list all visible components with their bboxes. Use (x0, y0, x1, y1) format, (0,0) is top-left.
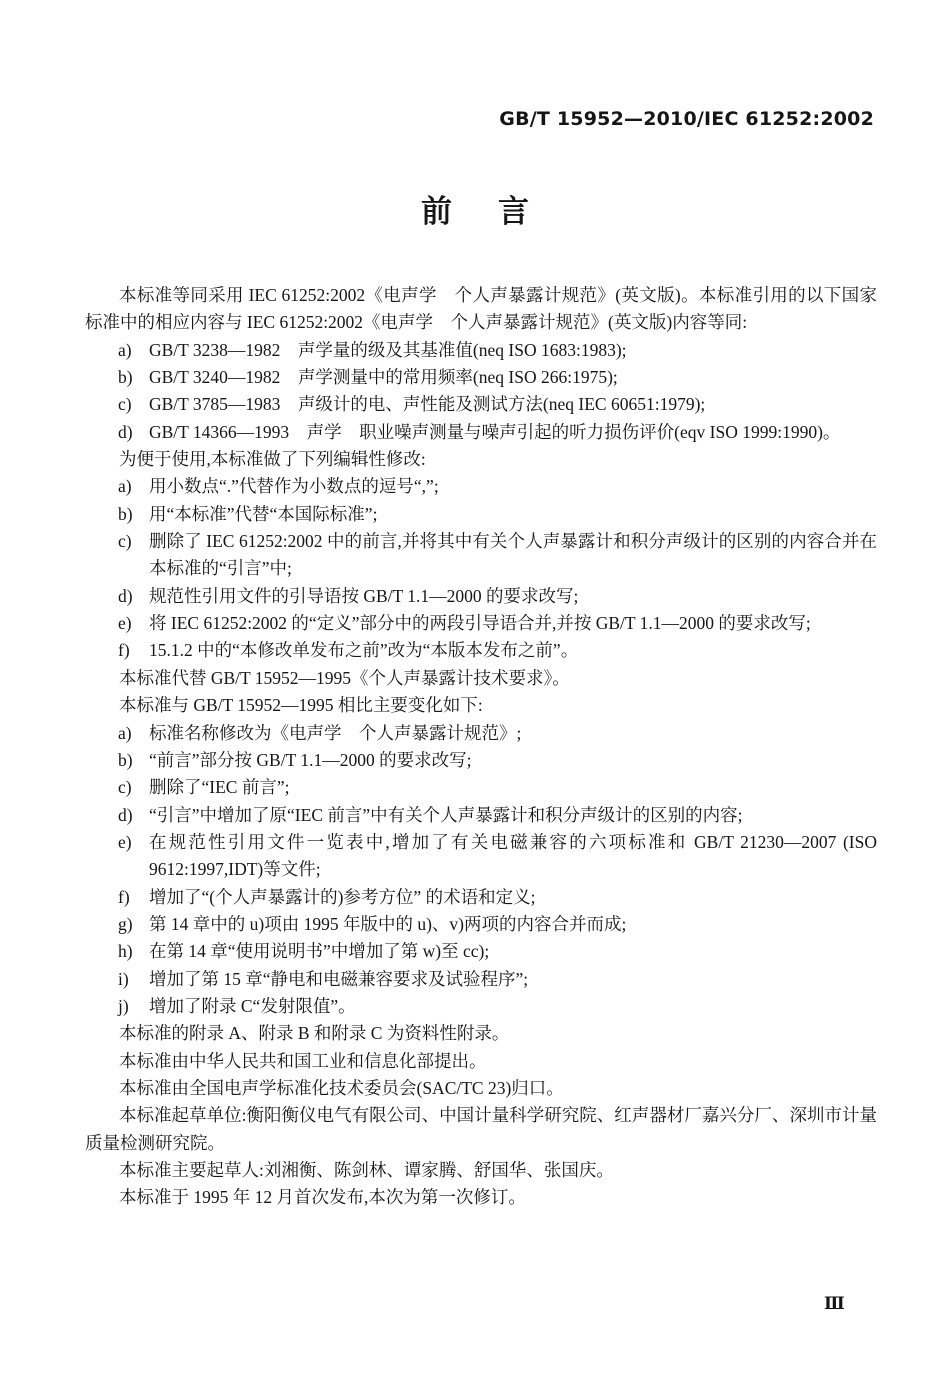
paragraph: 本标准与 GB/T 15952—1995 相比主要变化如下: (85, 692, 877, 719)
list-item-label: b) (118, 501, 133, 528)
list-item-text: 在第 14 章“使用说明书”中增加了第 w)至 cc); (149, 941, 489, 961)
paragraph: 本标准于 1995 年 12 月首次发布,本次为第一次修订。 (85, 1184, 877, 1211)
paragraph: 本标准主要起草人:刘湘衡、陈剑林、谭家腾、舒国华、张国庆。 (85, 1157, 877, 1184)
list-item-label: b) (118, 364, 133, 391)
list-item: i)增加了第 15 章“静电和电磁兼容要求及试验程序”; (85, 966, 877, 993)
paragraph: 为便于使用,本标准做了下列编辑性修改: (85, 446, 877, 473)
list-item-text: 删除了“IEC 前言”; (149, 777, 289, 797)
list-item-label: j) (118, 993, 129, 1020)
list-item-text: “前言”部分按 GB/T 1.1—2000 的要求改写; (149, 750, 471, 770)
list-item: j)增加了附录 C“发射限值”。 (85, 993, 877, 1020)
list-item-label: g) (118, 911, 133, 938)
list-item-text: 在规范性引用文件一览表中,增加了有关电磁兼容的六项标准和 GB/T 21230—… (149, 832, 877, 879)
list-item-label: d) (118, 419, 133, 446)
list-item-text: 增加了附录 C“发射限值”。 (149, 996, 356, 1016)
list-item: c)删除了“IEC 前言”; (85, 774, 877, 801)
list-item: f)15.1.2 中的“本修改单发布之前”改为“本版本发布之前”。 (85, 637, 877, 664)
standard-code-header: GB/T 15952—2010/IEC 61252:2002 (85, 108, 874, 130)
list-item: h)在第 14 章“使用说明书”中增加了第 w)至 cc); (85, 938, 877, 965)
list-item-text: 用小数点“.”代替作为小数点的逗号“,”; (149, 476, 439, 496)
page-title-char-2: 言 (498, 192, 529, 232)
list-item: b)用“本标准”代替“本国际标准”; (85, 501, 877, 528)
list-item-label: a) (118, 473, 132, 500)
list-item-label: h) (118, 938, 133, 965)
list-item: g)第 14 章中的 u)项由 1995 年版中的 u)、v)两项的内容合并而成… (85, 911, 877, 938)
list-item-text: 规范性引用文件的引导语按 GB/T 1.1—2000 的要求改写; (149, 586, 578, 606)
list-item-text: GB/T 3785—1983 声级计的电、声性能及测试方法(neq IEC 60… (149, 394, 705, 414)
list-item: a)用小数点“.”代替作为小数点的逗号“,”; (85, 473, 877, 500)
list-item-text: GB/T 3240—1982 声学测量中的常用频率(neq ISO 266:19… (149, 367, 618, 387)
list-item-text: 增加了第 15 章“静电和电磁兼容要求及试验程序”; (149, 969, 528, 989)
list-item-text: GB/T 14366—1993 声学 职业噪声测量与噪声引起的听力损伤评价(eq… (149, 422, 840, 442)
page-number: Ⅲ (824, 1294, 845, 1314)
list-item-text: 将 IEC 61252:2002 的“定义”部分中的两段引导语合并,并按 GB/… (149, 613, 811, 633)
page-title-char-1: 前 (421, 192, 452, 232)
list-item-label: e) (118, 610, 132, 637)
list-item-label: b) (118, 747, 133, 774)
list-item: a)标准名称修改为《电声学 个人声暴露计规范》; (85, 720, 877, 747)
list-item-label: e) (118, 829, 132, 856)
list-item-label: c) (118, 774, 132, 801)
list-item: b)GB/T 3240—1982 声学测量中的常用频率(neq ISO 266:… (85, 364, 877, 391)
list-item-label: a) (118, 337, 132, 364)
list-item-label: a) (118, 720, 132, 747)
list-item-text: 删除了 IEC 61252:2002 中的前言,并将其中有关个人声暴露计和积分声… (149, 531, 877, 578)
list-item: d)“引言”中增加了原“IEC 前言”中有关个人声暴露计和积分声级计的区别的内容… (85, 802, 877, 829)
list-item: a)GB/T 3238—1982 声学量的级及其基准值(neq ISO 1683… (85, 337, 877, 364)
list-item-label: f) (118, 884, 130, 911)
list-item-text: 用“本标准”代替“本国际标准”; (149, 504, 377, 524)
list-item: e)将 IEC 61252:2002 的“定义”部分中的两段引导语合并,并按 G… (85, 610, 877, 637)
list-item: d)规范性引用文件的引导语按 GB/T 1.1—2000 的要求改写; (85, 583, 877, 610)
list-item-label: i) (118, 966, 129, 993)
list-item-text: 15.1.2 中的“本修改单发布之前”改为“本版本发布之前”。 (149, 640, 578, 660)
paragraph: 本标准代替 GB/T 15952—1995《个人声暴露计技术要求》。 (85, 665, 877, 692)
list-item-label: d) (118, 802, 133, 829)
list-item-label: d) (118, 583, 133, 610)
paragraph: 本标准由中华人民共和国工业和信息化部提出。 (85, 1048, 877, 1075)
list-item: b)“前言”部分按 GB/T 1.1—2000 的要求改写; (85, 747, 877, 774)
paragraph: 本标准由全国电声学标准化技术委员会(SAC/TC 23)归口。 (85, 1075, 877, 1102)
list-item-text: 第 14 章中的 u)项由 1995 年版中的 u)、v)两项的内容合并而成; (149, 914, 626, 934)
list-item: f)增加了“(个人声暴露计的)参考方位” 的术语和定义; (85, 884, 877, 911)
list-item-label: c) (118, 391, 132, 418)
list-item-text: 标准名称修改为《电声学 个人声暴露计规范》; (149, 723, 521, 743)
list-item-text: “引言”中增加了原“IEC 前言”中有关个人声暴露计和积分声级计的区别的内容; (149, 805, 743, 825)
paragraph: 本标准起草单位:衡阳衡仪电气有限公司、中国计量科学研究院、红声器材厂嘉兴分厂、深… (85, 1102, 877, 1157)
paragraph: 本标准等同采用 IEC 61252:2002《电声学 个人声暴露计规范》(英文版… (85, 282, 877, 337)
list-item: c)删除了 IEC 61252:2002 中的前言,并将其中有关个人声暴露计和积… (85, 528, 877, 583)
list-item-text: GB/T 3238—1982 声学量的级及其基准值(neq ISO 1683:1… (149, 340, 627, 360)
document-page: GB/T 15952—2010/IEC 61252:2002 前 言 本标准等同… (0, 0, 950, 1388)
page-title: 前 言 (0, 192, 950, 232)
list-item: c)GB/T 3785—1983 声级计的电、声性能及测试方法(neq IEC … (85, 391, 877, 418)
paragraph: 本标准的附录 A、附录 B 和附录 C 为资料性附录。 (85, 1020, 877, 1047)
document-body: 本标准等同采用 IEC 61252:2002《电声学 个人声暴露计规范》(英文版… (85, 282, 877, 1212)
list-item-label: c) (118, 528, 132, 555)
list-item-text: 增加了“(个人声暴露计的)参考方位” 的术语和定义; (149, 887, 535, 907)
list-item-label: f) (118, 637, 130, 664)
list-item: d)GB/T 14366—1993 声学 职业噪声测量与噪声引起的听力损伤评价(… (85, 419, 877, 446)
list-item: e)在规范性引用文件一览表中,增加了有关电磁兼容的六项标准和 GB/T 2123… (85, 829, 877, 884)
